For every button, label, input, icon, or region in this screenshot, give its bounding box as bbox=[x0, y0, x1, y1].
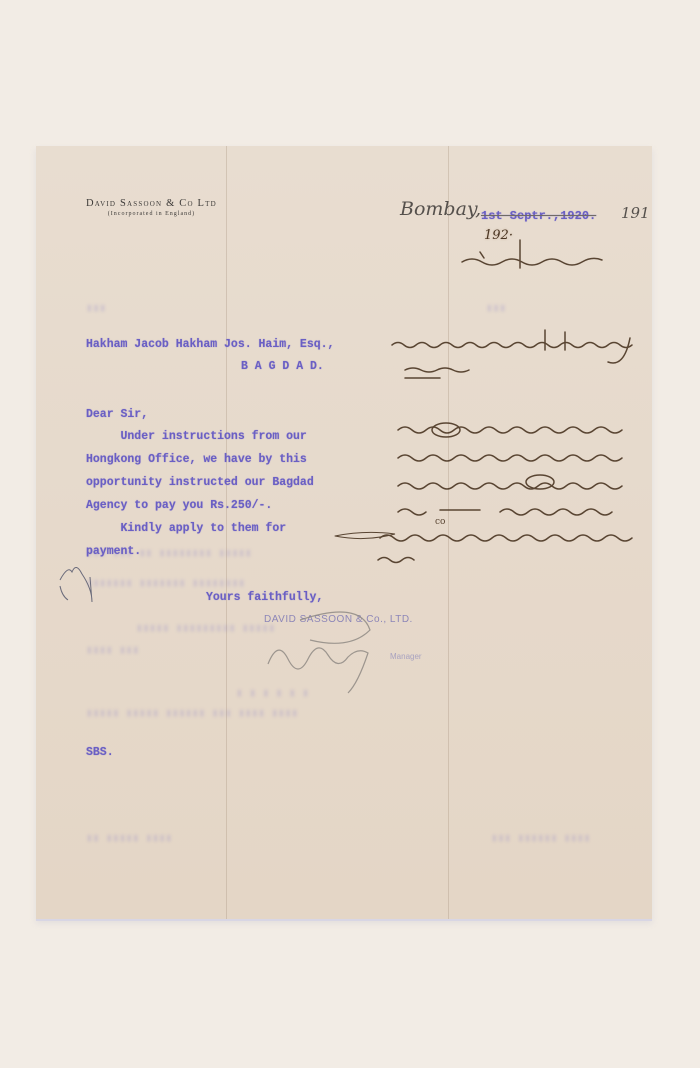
pencil-mark-icon bbox=[60, 567, 92, 602]
manager-signature bbox=[268, 612, 370, 693]
svg-text:co: co bbox=[435, 517, 445, 527]
handwriting-stroke bbox=[398, 483, 622, 489]
handwriting-stroke bbox=[405, 368, 469, 372]
handwriting-stroke bbox=[398, 509, 612, 515]
handwriting-stroke bbox=[462, 240, 602, 268]
handwriting-overlay: co bbox=[0, 0, 700, 1068]
handwriting-stroke bbox=[378, 558, 414, 563]
handwriting-stroke bbox=[380, 535, 632, 541]
handwriting-stroke bbox=[392, 343, 632, 348]
handwriting-stroke bbox=[398, 455, 622, 461]
